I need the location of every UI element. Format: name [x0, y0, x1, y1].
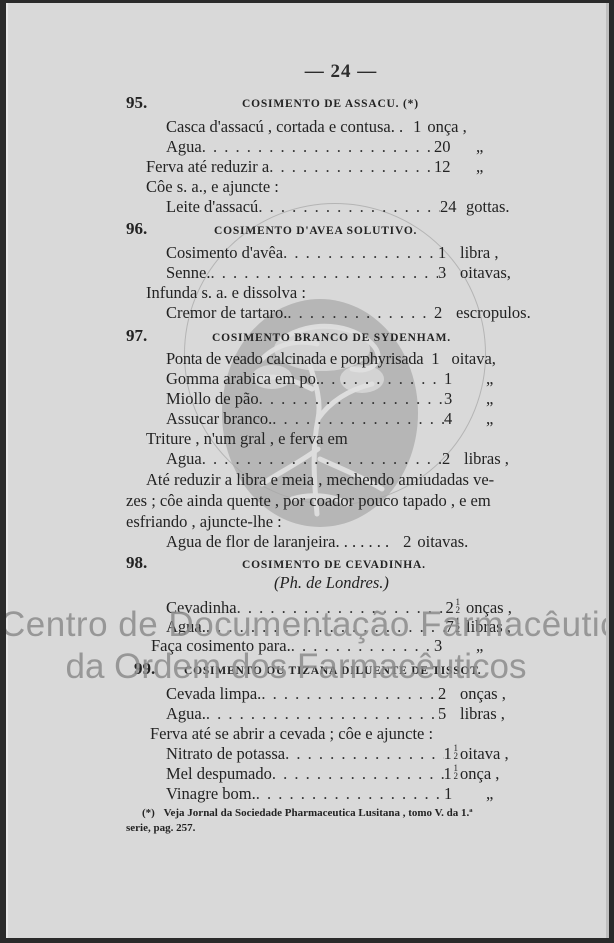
watermark-text-line2: da Ordem dos Farmacêuticos — [6, 647, 596, 687]
instruction-text: Côe s. a., e ajuncte : — [146, 177, 279, 197]
page-number: — 24 — — [296, 61, 386, 83]
recipe-number: 97. — [126, 326, 147, 346]
instruction-paragraph: Até reduzir a libra e meia , mechendo am… — [126, 469, 550, 532]
recipe-title: COSIMENTO DE ASSACU. (*) — [242, 94, 419, 114]
footnote-text: Veja Jornal da Sociedade Pharmaceutica L… — [164, 807, 473, 819]
watermark-text-line1: Centro de Documentação Farmacêutica — [6, 605, 600, 645]
ingredient-row: Cremor de tartaro. . . . . . . . . . . .… — [166, 303, 534, 323]
ingredient-row: Agua . . . . . . . . . . . . . . . . . .… — [166, 137, 496, 157]
book-page: — 24 — 95. COSIMENTO DE ASSACU. (*) Casc… — [6, 3, 609, 938]
ingredient-row: Mel despumado . . . . . . . . . . . . . … — [166, 764, 514, 784]
instruction-text: Infunda s. a. e dissolva : — [146, 283, 306, 303]
ingredient-row: Senne. . . . . . . . . . . . . . . . . .… — [166, 263, 516, 283]
ingredient-row: Agua de flor de laranjeira. . . . . . . … — [166, 532, 526, 552]
recipe-number: 95. — [126, 93, 147, 113]
fraction: 12 — [454, 744, 459, 764]
recipe-title: COSIMENTO D'AVEA SOLUTIVO. — [214, 221, 417, 241]
ingredient-row: Ponta de veado calcinada e porphyrisada … — [166, 349, 526, 369]
instruction-row: Ferva até reduzir a . . . . . . . . . . … — [146, 157, 496, 177]
instruction-text: Triture , n'um gral , e ferva em — [146, 429, 348, 449]
ingredient-row: Assucar branco. . . . . . . . . . . . . … — [166, 409, 506, 429]
ingredient-row: Cosimento d'avêa . . . . . . . . . . . .… — [166, 243, 506, 263]
ingredient-row: Gomma arabica em po. . . . . . . . . . .… — [166, 369, 506, 389]
footnote-text-continued: serie, pag. 257. — [126, 821, 566, 836]
recipe-title: COSIMENTO DE CEVADINHA. — [242, 555, 426, 575]
ingredient-row: Agua . . . . . . . . . . . . . . . . . .… — [166, 449, 516, 469]
fraction: 12 — [454, 764, 459, 784]
ingredient-row: Nitrato de potassa . . . . . . . . . . .… — [166, 744, 514, 764]
ingredient-row: Agua. . . . . . . . . . . . . . . . . . … — [166, 704, 514, 724]
footnote: (*) Veja Jornal da Sociedade Pharmaceuti… — [126, 806, 566, 836]
ingredient-row: Leite d'assacú . . . . . . . . . . . . .… — [166, 197, 522, 217]
page-content: — 24 — 95. COSIMENTO DE ASSACU. (*) Casc… — [6, 3, 606, 938]
ingredient-row: Miollo de pão . . . . . . . . . . . . . … — [166, 389, 506, 409]
ingredient-row: Vinagre bom. . . . . . . . . . . . . . .… — [166, 784, 506, 804]
recipe-number: 96. — [126, 219, 147, 239]
footnote-marker: (*) — [142, 807, 155, 819]
recipe-subtitle: (Ph. de Londres.) — [274, 573, 389, 593]
ingredient-row: Casca d'assacú , cortada e contusa. . 1 … — [166, 117, 506, 137]
recipe-title: COSIMENTO BRANCO DE SYDENHAM. — [212, 328, 451, 348]
recipe-number: 98. — [126, 553, 147, 573]
instruction-text: Ferva até se abrir a cevada ; côe e ajun… — [150, 724, 433, 744]
ingredient-row: Cevada limpa. . . . . . . . . . . . . . … — [166, 684, 514, 704]
